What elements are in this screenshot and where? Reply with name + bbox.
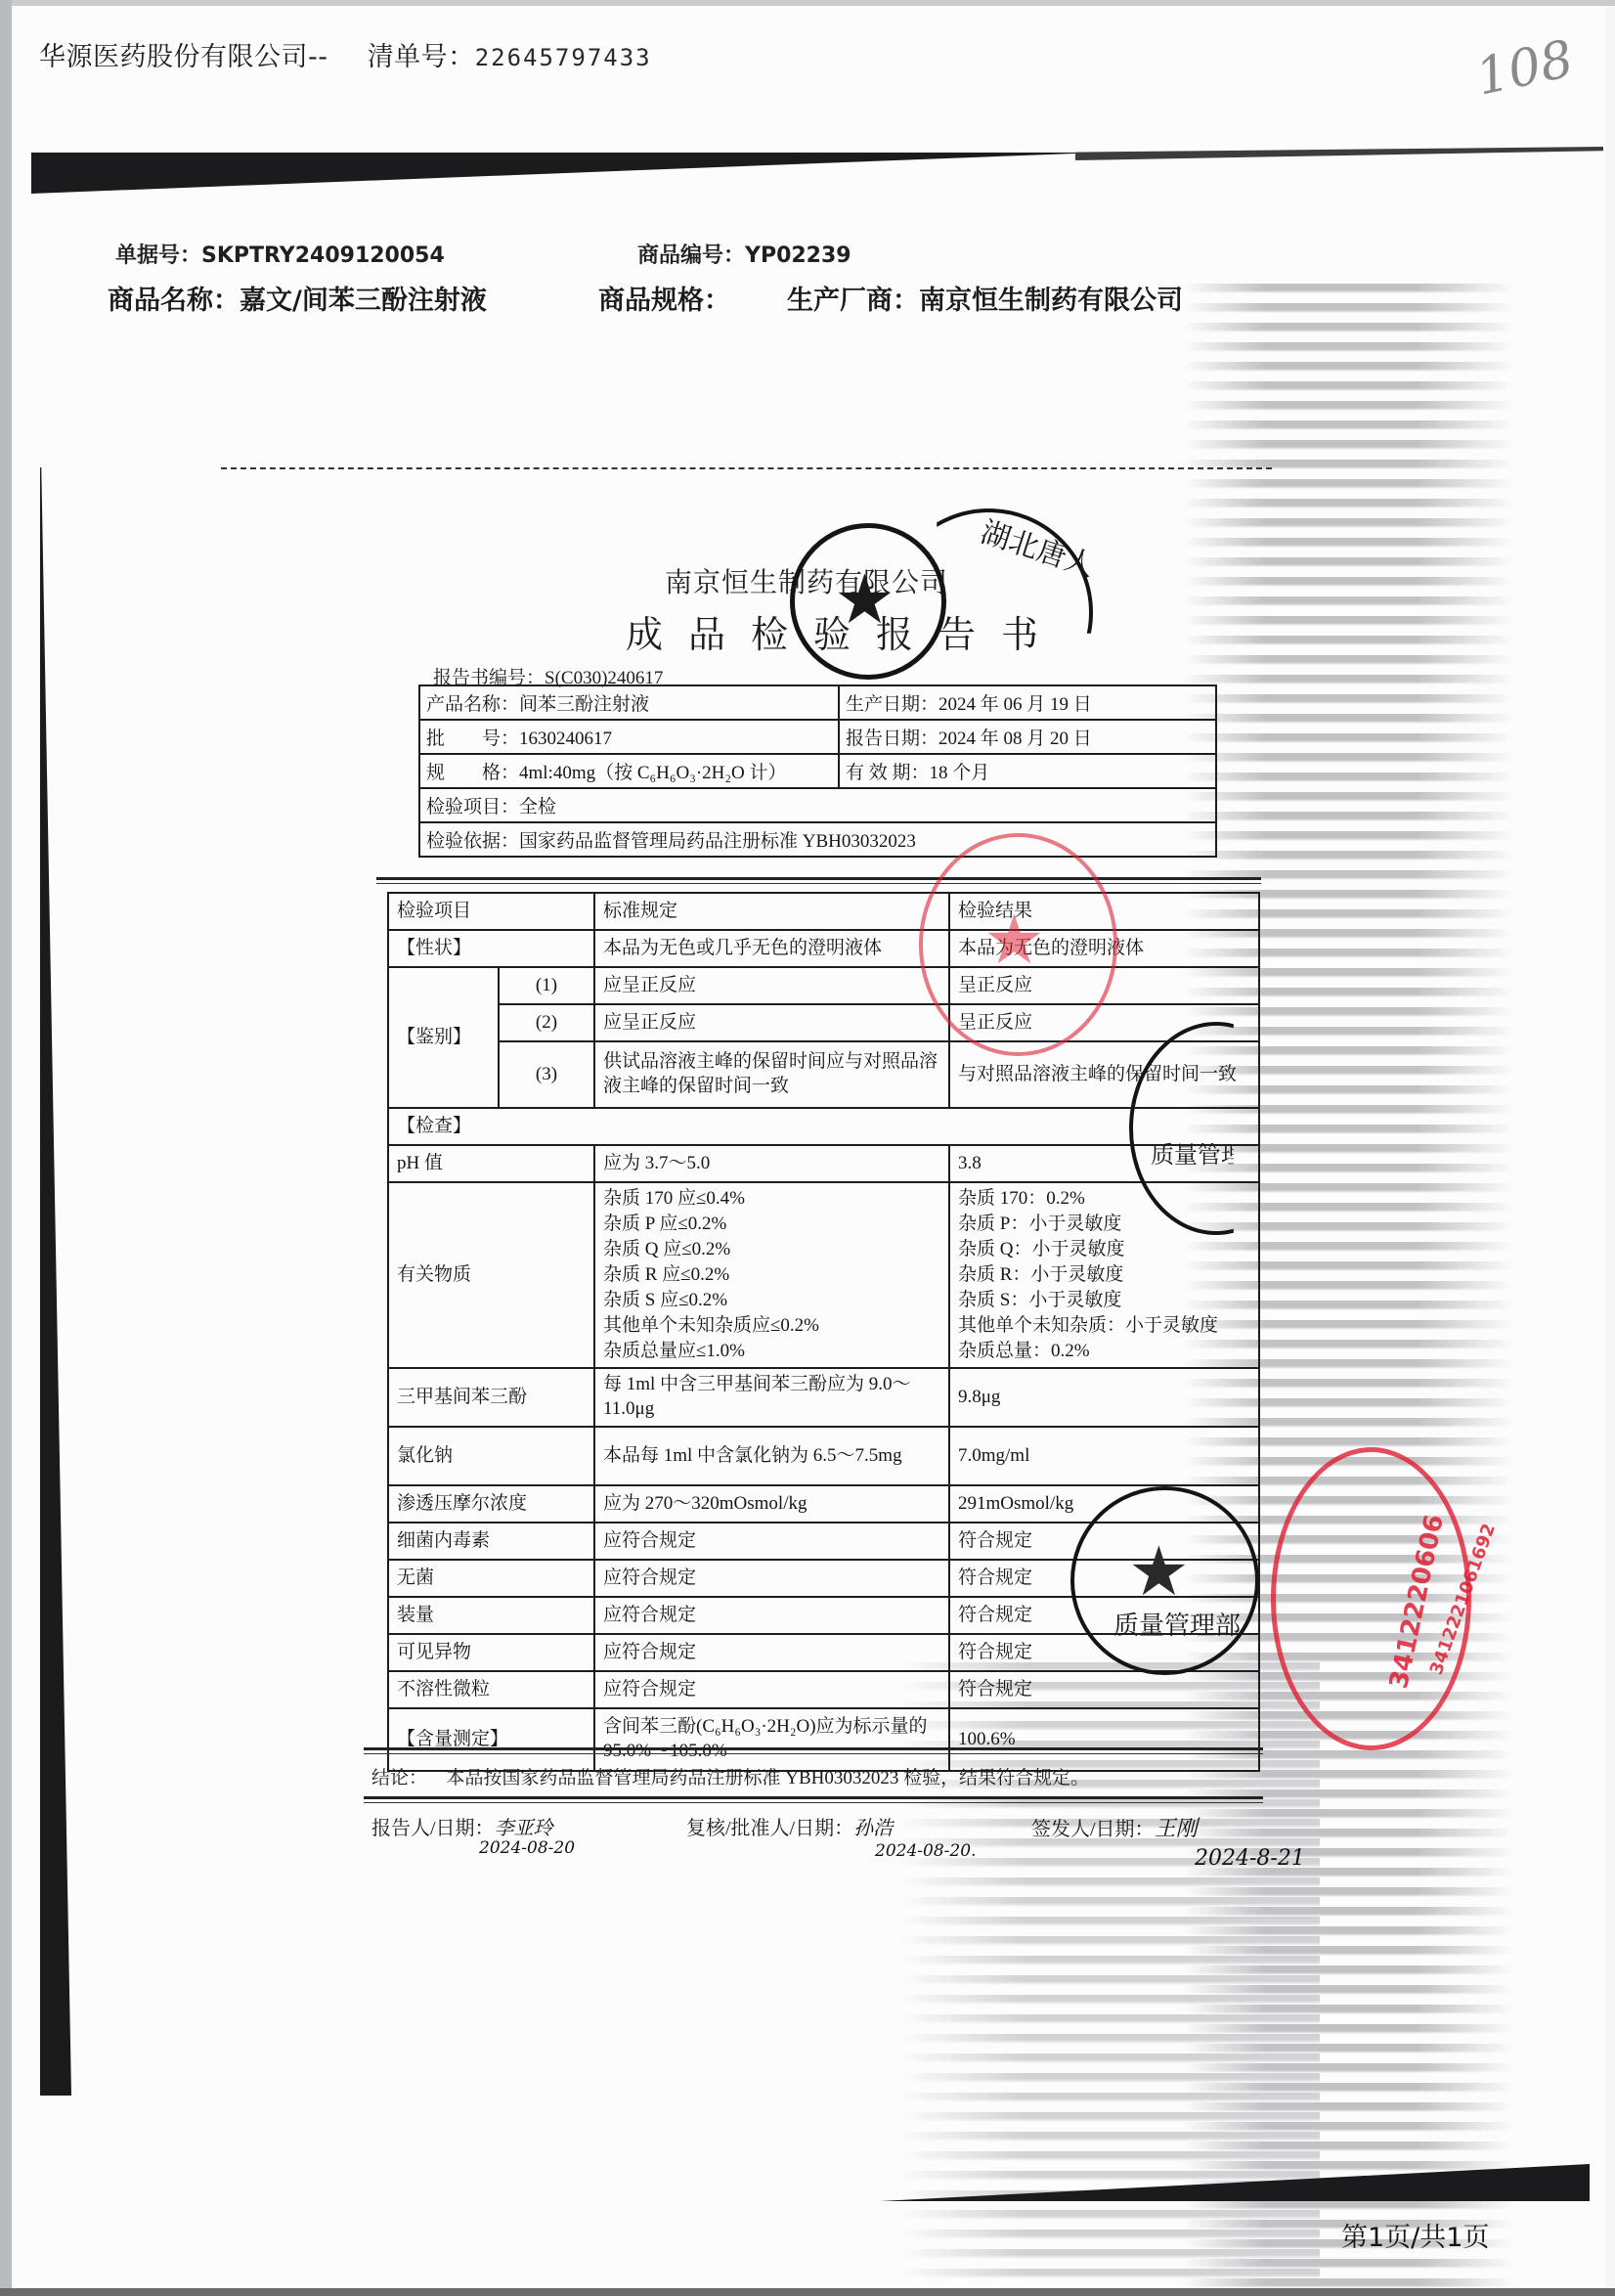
row-result: 9.8μg bbox=[949, 1368, 1259, 1427]
product-spec: 商品规格： bbox=[598, 279, 730, 317]
row-item: 无菌 bbox=[388, 1560, 594, 1597]
header-company: 华源医药股份有限公司-- bbox=[39, 42, 328, 72]
row-standard: 应为 270～320mOsmol/kg bbox=[594, 1485, 949, 1523]
header-list-label: 清单号： bbox=[368, 42, 475, 72]
row-item: 氯化钠 bbox=[388, 1427, 594, 1485]
report-frame-top bbox=[221, 467, 1272, 471]
info-test-basis: 检验依据：国家药品监督管理局药品注册标准 YBH03032023 bbox=[419, 822, 1216, 857]
divider bbox=[364, 1802, 1263, 1803]
reviewer-label: 复核/批准人/日期： bbox=[686, 1818, 853, 1839]
row-sub-number: (2) bbox=[499, 1004, 594, 1041]
row-item: 【鉴别】 bbox=[388, 967, 499, 1108]
star-icon: ★ bbox=[983, 905, 1045, 974]
product-code-label: 商品编号： bbox=[637, 243, 745, 268]
col-header-standard: 标准规定 bbox=[594, 893, 949, 930]
star-icon: ★ bbox=[834, 565, 895, 634]
doc-number-value: SKPTRY2409120054 bbox=[201, 243, 445, 268]
row-item: 渗透压摩尔浓度 bbox=[388, 1485, 594, 1523]
product-name-label: 商品名称： bbox=[108, 286, 240, 316]
row-result: 符合规定 bbox=[949, 1671, 1259, 1708]
table-row-identification-3: (3) 供试品溶液主峰的保留时间应与对照品溶液主峰的保留时间一致 与对照品溶液主… bbox=[388, 1041, 1259, 1108]
header-list-number: 22645797433 bbox=[475, 44, 652, 71]
divider bbox=[364, 1796, 1263, 1799]
row-standard: 含间苯三酚(C₆H₆O₃·2H₂O)应为标示量的 95.0%～105.0% bbox=[594, 1708, 949, 1771]
signature-reporter: 报告人/日期：李亚玲 bbox=[371, 1812, 553, 1840]
row-item: 可见异物 bbox=[388, 1634, 594, 1671]
scan-edge-left bbox=[0, 0, 12, 2296]
manufacturer-value: 南京恒生制药有限公司 bbox=[919, 286, 1183, 316]
table-row-related-substances: 有关物质 杂质 170 应≤0.4% 杂质 P 应≤0.2% 杂质 Q 应≤0.… bbox=[388, 1182, 1259, 1368]
conclusion-label: 结论： bbox=[371, 1768, 427, 1788]
standard-line: 杂质 R 应≤0.2% bbox=[603, 1262, 940, 1288]
info-spec: 规 格：4ml:40mg（按 C₆H₆O₃·2H₂O 计） bbox=[419, 754, 839, 788]
col-header-item: 检验项目 bbox=[388, 893, 594, 930]
standard-line: 其他单个未知杂质应≤0.2% bbox=[603, 1313, 940, 1339]
table-row-identification-2: (2) 应呈正反应 呈正反应 bbox=[388, 1004, 1259, 1041]
row-standard: 供试品溶液主峰的保留时间应与对照品溶液主峰的保留时间一致 bbox=[594, 1041, 949, 1108]
doc-number: 单据号：SKPTRY2409120054 bbox=[115, 239, 445, 269]
row-standard: 每 1ml 中含三甲基间苯三酚应为 9.0～11.0μg bbox=[594, 1368, 949, 1427]
scan-edge-bottom bbox=[0, 2288, 1615, 2296]
stamp-dept-text: 质量管理部 bbox=[1113, 1606, 1241, 1642]
standard-line: 杂质 Q 应≤0.2% bbox=[603, 1237, 940, 1262]
table-row-ph: pH 值 应为 3.7～5.0 3.8 bbox=[388, 1145, 1259, 1182]
info-product-name: 产品名称：间苯三酚注射液 bbox=[419, 685, 839, 720]
row-item: 三甲基间苯三酚 bbox=[388, 1368, 594, 1427]
product-spec-label: 商品规格： bbox=[598, 286, 730, 316]
row-standard: 应符合规定 bbox=[594, 1671, 949, 1708]
report-info-table: 产品名称：间苯三酚注射液生产日期：2024 年 06 月 19 日 批 号：16… bbox=[418, 684, 1217, 858]
standard-line: 杂质总量应≤1.0% bbox=[603, 1339, 940, 1364]
row-sub-number: (1) bbox=[499, 967, 594, 1004]
result-line: 杂质 Q：小于灵敏度 bbox=[958, 1237, 1250, 1262]
standard-line: 杂质 P 应≤0.2% bbox=[603, 1212, 940, 1237]
row-standard: 应呈正反应 bbox=[594, 967, 949, 1004]
issuer-signature: 王刚 bbox=[1155, 1817, 1198, 1841]
row-standard: 应符合规定 bbox=[594, 1560, 949, 1597]
row-item: 有关物质 bbox=[388, 1182, 594, 1368]
standard-line: 杂质 S 应≤0.2% bbox=[603, 1288, 940, 1313]
table-row: 不溶性微粒 应符合规定 符合规定 bbox=[388, 1671, 1259, 1708]
stamp-quality-inspection: ★ bbox=[790, 523, 946, 680]
product-name: 商品名称：嘉文/间苯三酚注射液 bbox=[108, 279, 487, 317]
table-row: 氯化钠 本品每 1ml 中含氯化钠为 6.5～7.5mg 7.0mg/ml bbox=[388, 1427, 1259, 1485]
signature-reviewer: 复核/批准人/日期：孙浩 bbox=[686, 1812, 893, 1840]
result-line: 杂质总量：0.2% bbox=[958, 1339, 1250, 1364]
divider bbox=[376, 883, 1261, 884]
stamp-red-quality-dept: ★ bbox=[919, 833, 1117, 1056]
result-line: 杂质 R：小于灵敏度 bbox=[958, 1262, 1250, 1288]
stamp-red-huayuan: 3412220606 3412221061692 bbox=[1271, 1447, 1471, 1750]
reporter-signature: 李亚玲 bbox=[495, 1816, 553, 1839]
conclusion: 结论： 本品按国家药品监督管理局药品注册标准 YBH03032023 检验，结果… bbox=[371, 1763, 1089, 1789]
product-code: 商品编号：YP02239 bbox=[637, 239, 851, 269]
row-item: pH 值 bbox=[388, 1145, 594, 1182]
conclusion-text: 本品按国家药品监督管理局药品注册标准 YBH03032023 检验，结果符合规定… bbox=[447, 1768, 1090, 1788]
info-production-date: 生产日期：2024 年 06 月 19 日 bbox=[839, 685, 1216, 720]
table-row-assay: 【含量测定】 含间苯三酚(C₆H₆O₃·2H₂O)应为标示量的 95.0%～10… bbox=[388, 1708, 1259, 1771]
divider bbox=[376, 877, 1261, 880]
section-inspection: 【检查】 bbox=[388, 1108, 1259, 1145]
row-standard: 应为 3.7～5.0 bbox=[594, 1145, 949, 1182]
table-row: 三甲基间苯三酚 每 1ml 中含三甲基间苯三酚应为 9.0～11.0μg 9.8… bbox=[388, 1368, 1259, 1427]
row-item: 不溶性微粒 bbox=[388, 1671, 594, 1708]
divider bbox=[364, 1753, 1263, 1754]
row-standard: 应符合规定 bbox=[594, 1523, 949, 1560]
row-item: 装量 bbox=[388, 1597, 594, 1634]
product-code-value: YP02239 bbox=[745, 243, 851, 268]
doc-number-label: 单据号： bbox=[115, 243, 201, 268]
reviewer-signature: 孙浩 bbox=[853, 1816, 893, 1839]
info-test-items: 检验项目：全检 bbox=[419, 788, 1216, 822]
row-standard-list: 杂质 170 应≤0.4% 杂质 P 应≤0.2% 杂质 Q 应≤0.2% 杂质… bbox=[594, 1182, 949, 1368]
info-report-date: 报告日期：2024 年 08 月 20 日 bbox=[839, 720, 1216, 754]
page-indicator: 第1页/共1页 bbox=[1341, 2216, 1489, 2254]
row-result: 100.6% bbox=[949, 1708, 1259, 1771]
info-batch-number: 批 号：1630240617 bbox=[419, 720, 839, 754]
row-item: 【性状】 bbox=[388, 930, 594, 967]
signature-issuer: 签发人/日期：王刚 bbox=[1031, 1812, 1198, 1842]
row-result: 7.0mg/ml bbox=[949, 1427, 1259, 1485]
row-standard: 应符合规定 bbox=[594, 1597, 949, 1634]
row-item: 细菌内毒素 bbox=[388, 1523, 594, 1560]
issuer-label: 签发人/日期： bbox=[1031, 1819, 1155, 1840]
issuer-date: 2024-8-21 bbox=[1195, 1846, 1305, 1871]
row-standard: 本品为无色或几乎无色的澄明液体 bbox=[594, 930, 949, 967]
standard-line: 杂质 170 应≤0.4% bbox=[603, 1186, 940, 1212]
table-row-appearance: 【性状】 本品为无色或几乎无色的澄明液体 本品为无色的澄明液体 bbox=[388, 930, 1259, 967]
result-line: 其他单个未知杂质：小于灵敏度 bbox=[958, 1313, 1250, 1339]
info-validity: 有 效 期：18 个月 bbox=[839, 754, 1216, 788]
row-standard: 应呈正反应 bbox=[594, 1004, 949, 1041]
star-icon: ★ bbox=[1128, 1537, 1190, 1606]
reviewer-date: 2024-08-20. bbox=[875, 1841, 976, 1861]
print-header: 华源医药股份有限公司-- 清单号：22645797433 bbox=[39, 35, 652, 73]
table-row-identification-1: 【鉴别】 (1) 应呈正反应 呈正反应 bbox=[388, 967, 1259, 1004]
stamp-jiangxi-quality-dept: ★ 质量管理部 bbox=[1070, 1486, 1259, 1675]
manufacturer-label: 生产厂商： bbox=[787, 286, 919, 316]
manufacturer: 生产厂商：南京恒生制药有限公司 bbox=[787, 279, 1183, 317]
row-item: 【含量测定】 bbox=[388, 1708, 594, 1771]
result-line: 杂质 S：小于灵敏度 bbox=[958, 1288, 1250, 1313]
product-name-value: 嘉文/间苯三酚注射液 bbox=[240, 286, 487, 316]
row-standard: 本品每 1ml 中含氯化钠为 6.5～7.5mg bbox=[594, 1427, 949, 1485]
row-sub-number: (3) bbox=[499, 1041, 594, 1108]
reporter-date: 2024-08-20 bbox=[479, 1838, 575, 1858]
reporter-label: 报告人/日期： bbox=[371, 1818, 495, 1839]
divider bbox=[364, 1747, 1263, 1750]
row-standard: 应符合规定 bbox=[594, 1634, 949, 1671]
